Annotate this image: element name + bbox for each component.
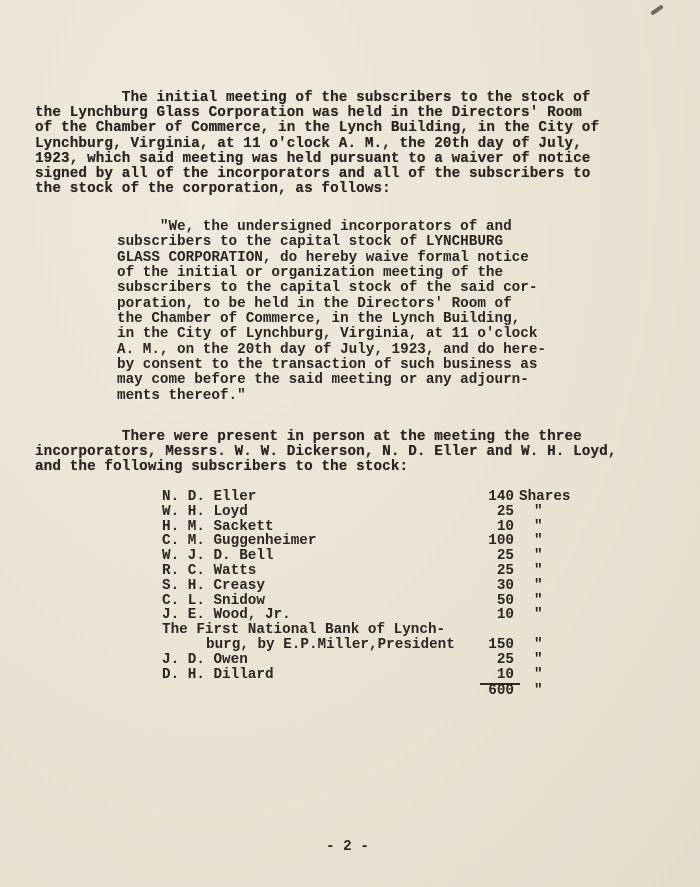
subscriber-name: C. M. Guggenheimer	[162, 534, 316, 549]
quote-line: the Chamber of Commerce, in the Lynch Bu…	[117, 312, 546, 327]
ditto-mark: "	[534, 668, 543, 683]
share-count: 25	[480, 653, 514, 668]
ditto-mark: "	[534, 579, 543, 594]
quote-line: A. M., on the 20th day of July, 1923, an…	[117, 343, 546, 358]
quote-line: GLASS CORPORATION, do hereby waive forma…	[117, 251, 546, 266]
share-count: 25	[480, 564, 514, 579]
ditto-mark: "	[534, 564, 543, 579]
ditto-mark: "	[534, 549, 543, 564]
quote-line: poration, to be held in the Directors' R…	[117, 297, 546, 312]
document-page: The initial meeting of the subscribers t…	[0, 0, 700, 887]
subscriber-name: The First National Bank of Lynch-	[162, 623, 445, 638]
share-count: 140	[480, 490, 514, 505]
share-count: 150	[480, 638, 514, 653]
subscriber-name: D. H. Dillard	[162, 668, 274, 683]
ditto-mark: "	[534, 608, 543, 623]
quote-line: may come before the said meeting or any …	[117, 373, 546, 388]
total-shares: 600	[480, 684, 514, 699]
share-count: 25	[480, 505, 514, 520]
subscriber-name: R. C. Watts	[162, 564, 256, 579]
shares-unit: Shares	[519, 490, 570, 505]
subscriber-name: C. L. Snidow	[162, 594, 265, 609]
share-count: 30	[480, 579, 514, 594]
quote-line: of the initial or organization meeting o…	[117, 266, 546, 281]
ditto-mark: "	[534, 594, 543, 609]
quote-line: in the City of Lynchburg, Virginia, at 1…	[117, 327, 546, 342]
subscriber-name: J. E. Wood, Jr.	[162, 608, 291, 623]
share-count: 10	[480, 520, 514, 535]
ditto-mark: "	[534, 520, 543, 535]
subscriber-name: W. J. D. Bell	[162, 549, 274, 564]
ditto-mark: "	[534, 653, 543, 668]
attendance-paragraph: There were present in person at the meet…	[35, 430, 617, 476]
share-count: 10	[480, 608, 514, 623]
subscriber-name: W. H. Loyd	[162, 505, 248, 520]
text-line: signed by all of the incorporators and a…	[35, 167, 599, 182]
text-line: 1923, which said meeting was held pursua…	[35, 152, 599, 167]
pencil-mark	[650, 4, 664, 15]
text-line: of the Chamber of Commerce, in the Lynch…	[35, 121, 599, 136]
text-line: There were present in person at the meet…	[35, 430, 617, 445]
quote-line: ments thereof."	[117, 389, 546, 404]
subscriber-name: N. D. Eller	[162, 490, 256, 505]
share-count: 10	[480, 668, 514, 683]
ditto-mark: "	[534, 638, 543, 653]
subscriber-name: J. D. Owen	[162, 653, 248, 668]
text-line: The initial meeting of the subscribers t…	[35, 91, 599, 106]
text-line: the stock of the corporation, as follows…	[35, 182, 599, 197]
quote-line: by consent to the transaction of such bu…	[117, 358, 546, 373]
share-count: 100	[480, 534, 514, 549]
quote-line: "We, the undersigned incorporators of an…	[117, 220, 546, 235]
text-line: and the following subscribers to the sto…	[35, 460, 617, 475]
intro-paragraph: The initial meeting of the subscribers t…	[35, 91, 599, 197]
subscriber-name: H. M. Sackett	[162, 520, 274, 535]
subscriber-name: S. H. Creasy	[162, 579, 265, 594]
subscriber-name: burg, by E.P.Miller,President	[206, 638, 455, 653]
share-count: 25	[480, 549, 514, 564]
ditto-mark: "	[534, 534, 543, 549]
ditto-mark: "	[534, 684, 543, 699]
text-line: Lynchburg, Virginia, at 11 o'clock A. M.…	[35, 137, 599, 152]
ditto-mark: "	[534, 505, 543, 520]
page-number: - 2 -	[326, 839, 369, 855]
quote-line: subscribers to the capital stock of LYNC…	[117, 235, 546, 250]
quote-line: subscribers to the capital stock of the …	[117, 281, 546, 296]
share-count: 50	[480, 594, 514, 609]
waiver-quote: "We, the undersigned incorporators of an…	[117, 220, 546, 404]
